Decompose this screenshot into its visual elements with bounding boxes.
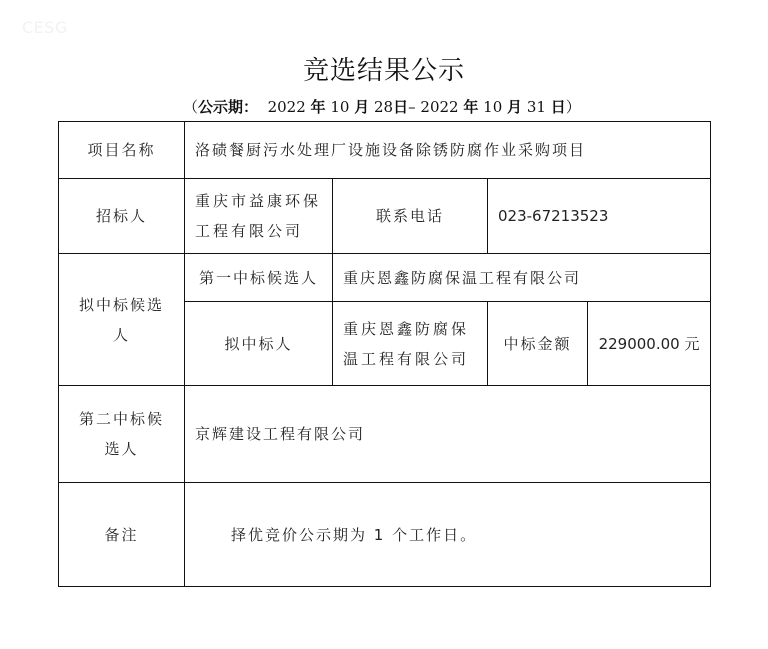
second-candidate-value: 京辉建设工程有限公司 xyxy=(185,386,711,483)
second-candidate-label-line1: 第二中标候 xyxy=(69,404,174,434)
document-title: 竞选结果公示 xyxy=(0,50,768,87)
second-candidate-label-line2: 选人 xyxy=(69,434,174,464)
contact-phone-value: 023-67213523 xyxy=(488,179,711,254)
first-candidate-value: 重庆恩鑫防腐保温工程有限公司 xyxy=(333,254,711,302)
tenderer-value-line1: 重庆市益康环保 xyxy=(195,186,322,216)
row-project-name: 项目名称 洛碛餐厨污水处理厂设施设备除锈防腐作业采购项目 xyxy=(59,122,711,179)
period-month-char: 月 xyxy=(354,98,369,116)
winning-amount-label: 中标金额 xyxy=(488,302,588,386)
period-day-char-2: 日 xyxy=(551,98,566,116)
period-end-year: 2022 xyxy=(420,98,458,116)
watermark: CESG xyxy=(22,18,68,37)
results-table: 项目名称 洛碛餐厨污水处理厂设施设备除锈防腐作业采购项目 招标人 重庆市益康环保… xyxy=(58,121,711,587)
proposed-winner-value-line2: 温工程有限公司 xyxy=(343,344,477,374)
tenderer-value: 重庆市益康环保工程有限公司 xyxy=(185,179,333,254)
tenderer-value-line2: 工程有限公司 xyxy=(195,216,322,246)
contact-phone-label: 联系电话 xyxy=(333,179,488,254)
second-candidate-label: 第二中标候选人 xyxy=(59,386,185,483)
project-name-value: 洛碛餐厨污水处理厂设施设备除锈防腐作业采购项目 xyxy=(185,122,711,179)
proposed-winner-value-line1: 重庆恩鑫防腐保 xyxy=(343,314,477,344)
row-remarks: 备注 择优竞价公示期为 1 个工作日。 xyxy=(59,483,711,587)
winning-amount-value: 229000.00 元 xyxy=(588,302,711,386)
period-day-char: 日 xyxy=(393,98,408,116)
period-label: 公示期： xyxy=(198,98,258,116)
publicity-period: （公示期： 2022 年 10 月 28日– 2022 年 10 月 31 日） xyxy=(183,96,581,117)
proposed-winner-value: 重庆恩鑫防腐保温工程有限公司 xyxy=(333,302,488,386)
project-name-label: 项目名称 xyxy=(59,122,185,179)
period-year-char: 年 xyxy=(311,98,326,116)
first-candidate-label: 第一中标候选人 xyxy=(185,254,333,302)
row-first-candidate: 拟中标候选人 第一中标候选人 重庆恩鑫防腐保温工程有限公司 xyxy=(59,254,711,302)
candidates-label: 拟中标候选人 xyxy=(59,254,185,386)
row-second-candidate: 第二中标候选人 京辉建设工程有限公司 xyxy=(59,386,711,483)
period-month-char-2: 月 xyxy=(507,98,522,116)
period-start-day: 28 xyxy=(374,98,393,116)
candidates-label-line1: 拟中标候选 xyxy=(69,290,174,320)
remarks-value: 择优竞价公示期为 1 个工作日。 xyxy=(185,483,711,587)
period-start-year: 2022 xyxy=(268,98,306,116)
period-dash: – xyxy=(408,98,416,116)
proposed-winner-label: 拟中标人 xyxy=(185,302,333,386)
period-year-char-2: 年 xyxy=(463,98,478,116)
period-end-month: 10 xyxy=(483,98,502,116)
period-close-paren: ） xyxy=(566,98,581,116)
row-tenderer: 招标人 重庆市益康环保工程有限公司 联系电话 023-67213523 xyxy=(59,179,711,254)
remarks-label: 备注 xyxy=(59,483,185,587)
period-end-day: 31 xyxy=(527,98,546,116)
candidates-label-line2: 人 xyxy=(69,320,174,350)
period-start-month: 10 xyxy=(330,98,349,116)
tenderer-label: 招标人 xyxy=(59,179,185,254)
period-open-paren: （ xyxy=(183,98,198,116)
